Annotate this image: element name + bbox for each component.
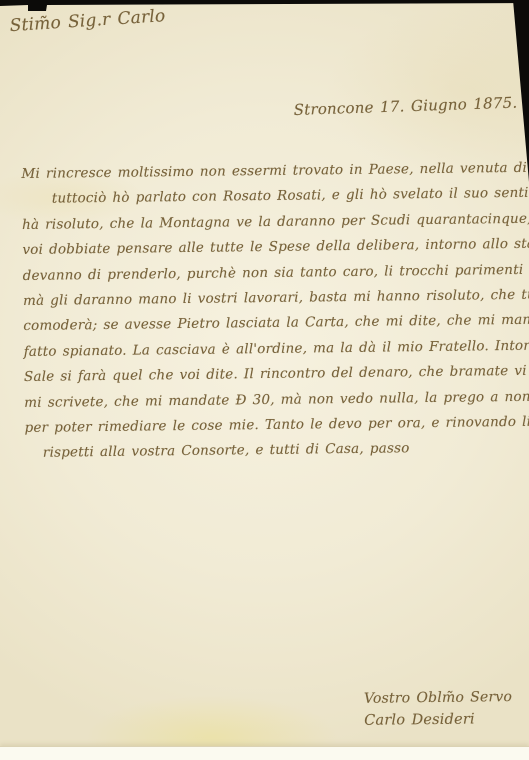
letter-dateline: Stroncone 17. Giugno 1875. bbox=[293, 94, 517, 119]
letter-greeting: Stim̃o Sig.r Carlo bbox=[9, 6, 166, 36]
scanned-letter: Stim̃o Sig.r Carlo Stroncone 17. Giugno … bbox=[0, 0, 529, 760]
handwriting-layer: Stim̃o Sig.r Carlo Stroncone 17. Giugno … bbox=[0, 0, 529, 760]
letter-closing: Vostro Oblm̃o Servo Carlo Desideri bbox=[364, 686, 513, 732]
letter-body: Mi rincresce moltissimo non essermi trov… bbox=[21, 155, 529, 467]
signature: Carlo Desideri bbox=[364, 708, 512, 732]
closing-valediction: Vostro Oblm̃o Servo bbox=[364, 686, 512, 710]
